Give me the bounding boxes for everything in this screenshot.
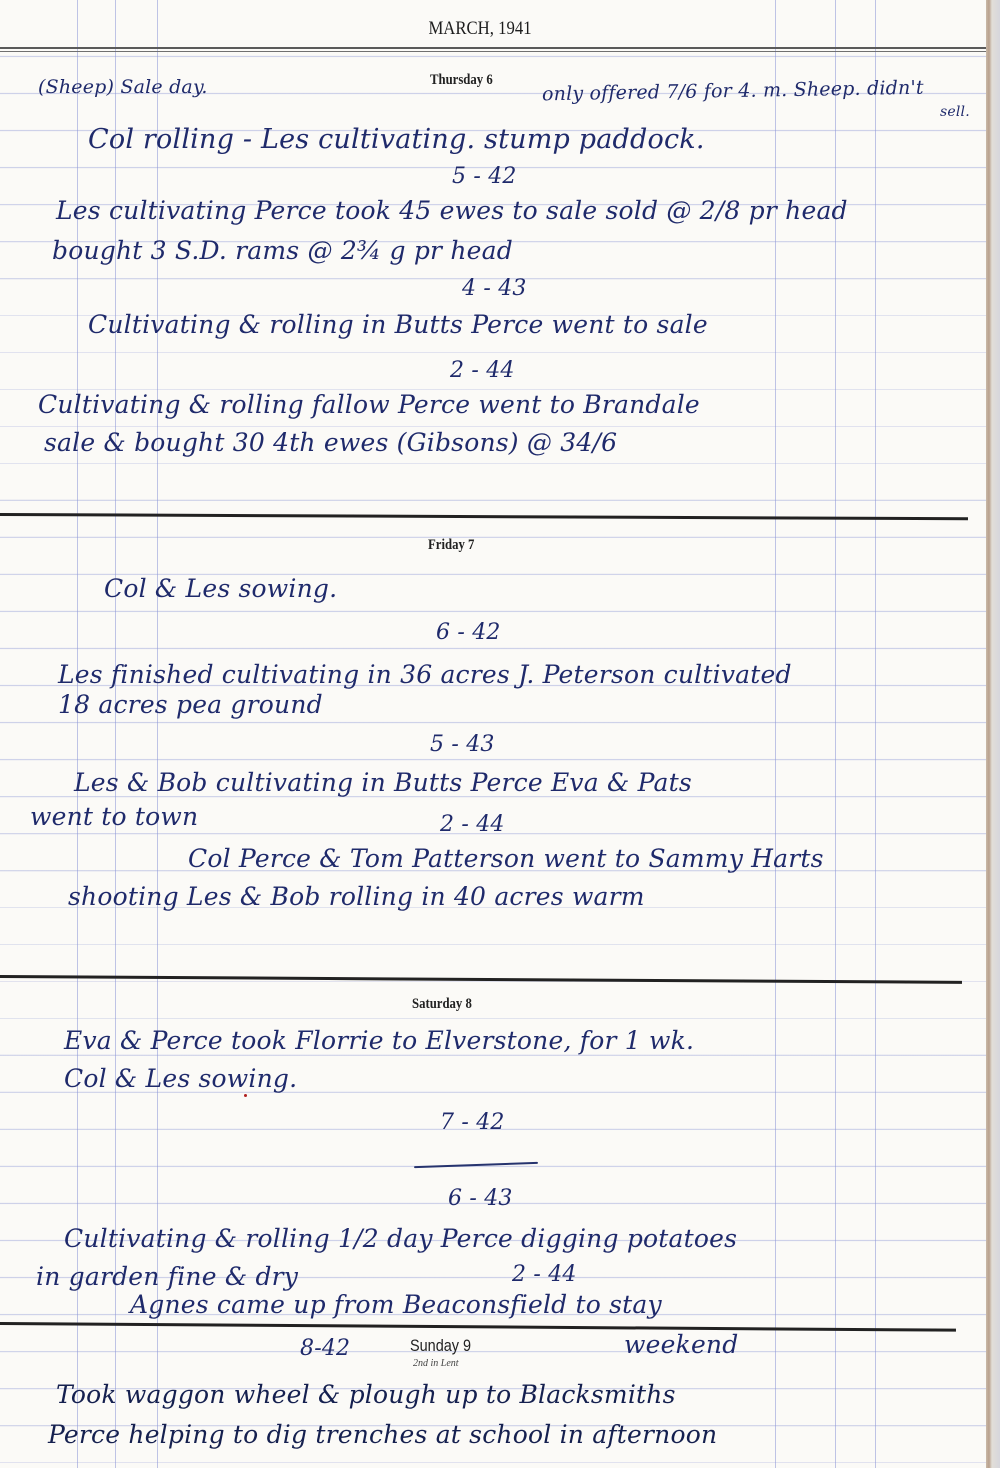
year-marker: 5 - 42: [452, 164, 517, 189]
entry-line: sale & bought 30 4th ewes (Gibsons) @ 34…: [44, 428, 617, 457]
entry-line: Eva & Perce took Florrie to Elverstone, …: [64, 1026, 694, 1055]
margin-note: (Sheep) Sale day.: [38, 76, 208, 98]
year-marker: 6 - 43: [448, 1186, 513, 1211]
day-divider: [0, 975, 962, 984]
column-rule: [875, 0, 876, 1468]
diary-page: MARCH, 1941 (Sheep) Sale day. Thursday 6…: [0, 0, 988, 1468]
entry-line: bought 3 S.D. rams @ 2¾ g pr head: [52, 236, 513, 265]
entry-line: Col Perce & Tom Patterson went to Sammy …: [188, 844, 824, 873]
day-heading: Friday 7: [428, 537, 474, 554]
entry-separator: [414, 1162, 538, 1168]
entry-line: Cultivating & rolling fallow Perce went …: [38, 390, 700, 419]
entry-line: Cultivating & rolling in Butts Perce wen…: [88, 310, 708, 339]
page-title: MARCH, 1941: [58, 18, 903, 40]
entry-line: in garden fine & dry: [36, 1262, 298, 1291]
year-marker: 5 - 43: [430, 732, 495, 757]
ink-spot: [244, 1094, 247, 1097]
entry-line: Col & Les sowing.: [64, 1064, 297, 1093]
entry-line: shooting Les & Bob rolling in 40 acres w…: [68, 882, 645, 911]
entry-line: Les & Bob cultivating in Butts Perce Eva…: [74, 768, 692, 797]
margin-note: sell.: [940, 104, 970, 120]
year-marker: 8-42: [300, 1336, 350, 1361]
entry-line: Perce helping to dig trenches at school …: [48, 1420, 717, 1449]
entry-line: 18 acres pea ground: [58, 690, 323, 719]
day-divider: [0, 513, 968, 520]
year-marker: 4 - 43: [462, 276, 527, 301]
entry-line: weekend: [624, 1330, 738, 1359]
entry-line: Les finished cultivating in 36 acres J. …: [58, 660, 792, 689]
margin-note: only offered 7/6 for 4. m. Sheep. didn't: [542, 77, 924, 106]
year-marker: 2 - 44: [440, 812, 505, 837]
day-divider: [0, 1322, 956, 1332]
day-subheading: 2nd in Lent: [413, 1358, 459, 1369]
entry-line: went to town: [30, 802, 198, 831]
header-divider: [0, 47, 988, 52]
entry-line: Les cultivating Perce took 45 ewes to sa…: [56, 196, 848, 225]
entry-line: Col rolling - Les cultivating. stump pad…: [88, 124, 705, 155]
entry-line: Agnes came up from Beaconsfield to stay: [130, 1290, 662, 1319]
entry-line: Cultivating & rolling 1/2 day Perce digg…: [64, 1224, 737, 1253]
page-edge: [986, 0, 1000, 1468]
year-marker: 2 - 44: [450, 358, 515, 383]
year-marker: 2 - 44: [512, 1262, 577, 1287]
year-marker: 6 - 42: [436, 620, 501, 645]
day-heading: Sunday 9: [410, 1336, 471, 1356]
day-heading: Saturday 8: [412, 996, 472, 1013]
entry-line: Col & Les sowing.: [104, 574, 337, 603]
day-heading: Thursday 6: [430, 72, 493, 89]
entry-line: Took waggon wheel & plough up to Blacksm…: [56, 1380, 676, 1409]
year-marker: 7 - 42: [440, 1110, 505, 1135]
